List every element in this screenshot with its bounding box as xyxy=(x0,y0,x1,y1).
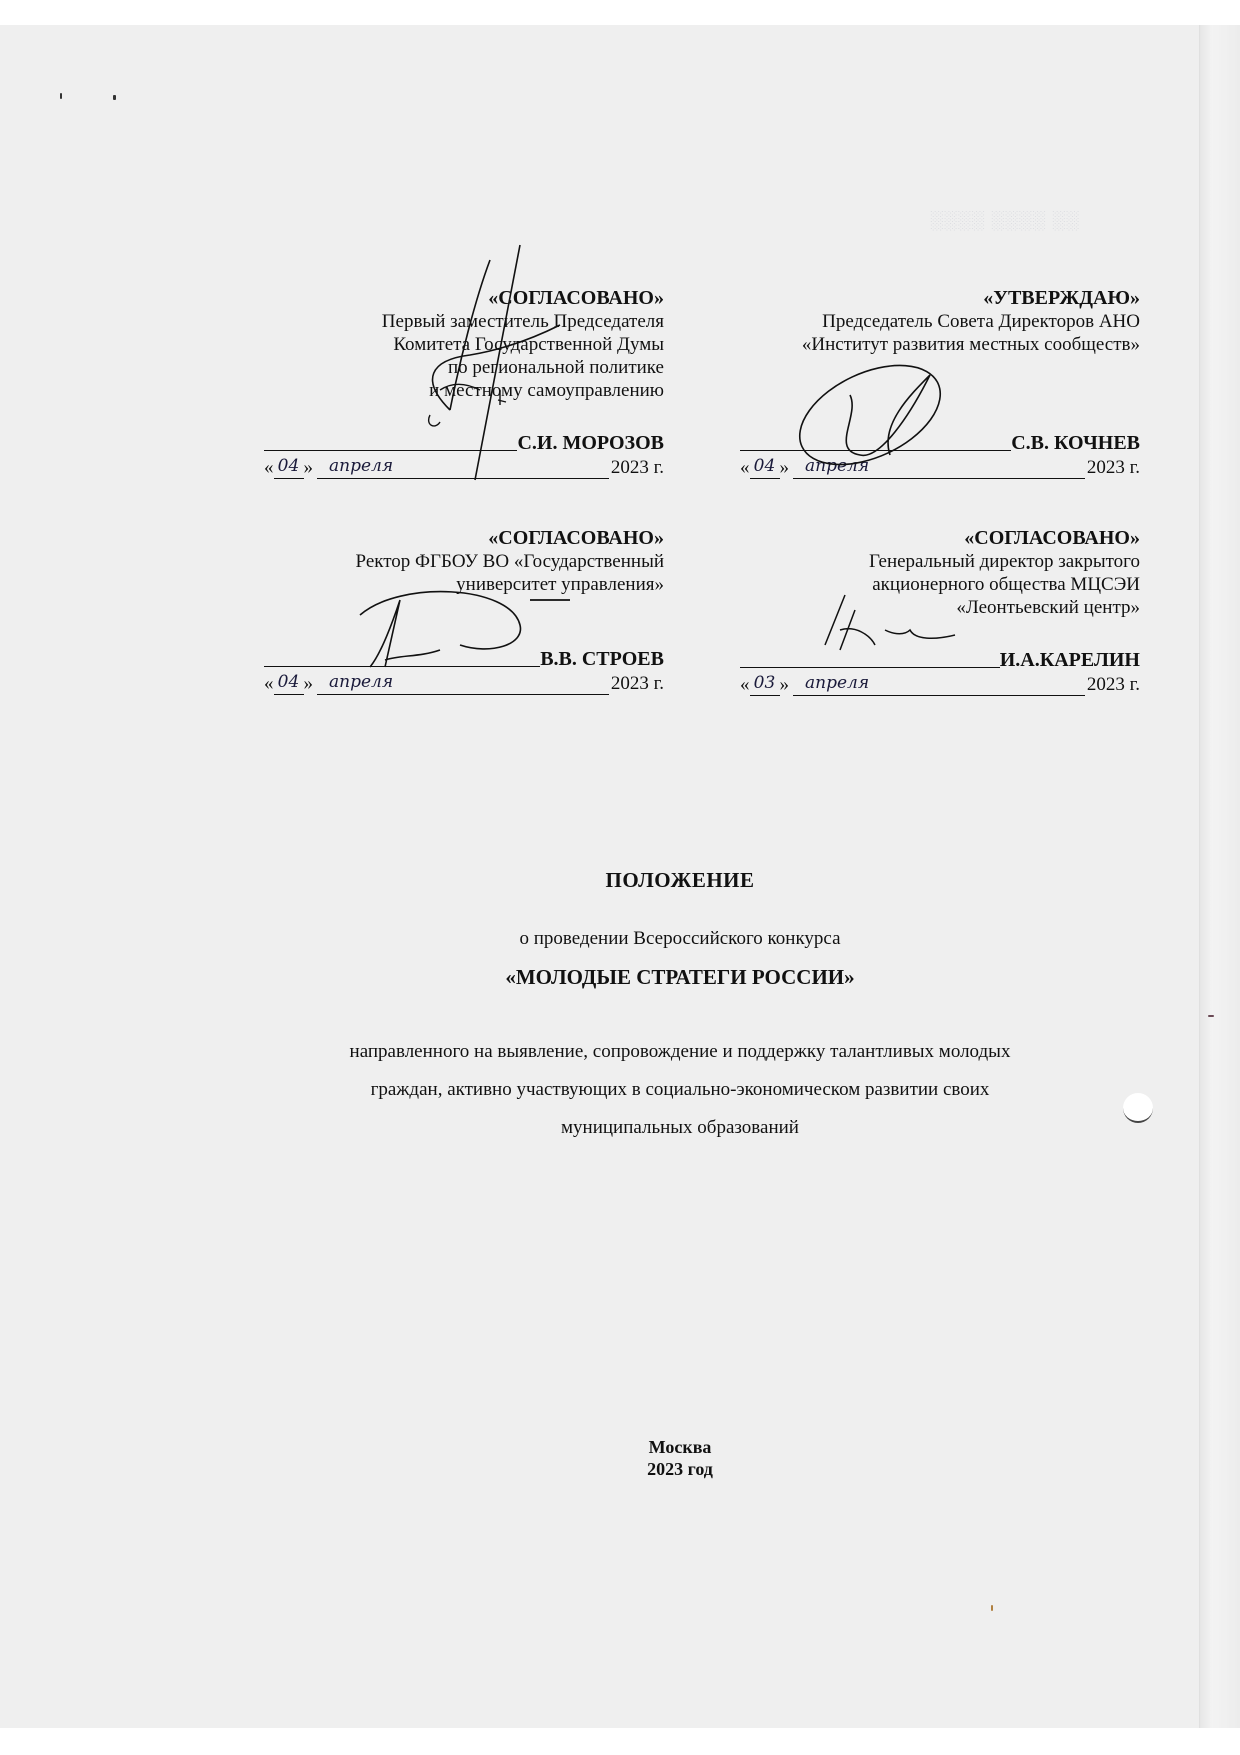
contest-name: «МОЛОДЫЕ СТРАТЕГИ РОССИИ» xyxy=(240,965,1120,990)
date-day: 04 xyxy=(750,455,780,479)
date-row: «04» апреля 2023 г. xyxy=(264,455,664,479)
page-edge-shadow xyxy=(1199,25,1240,1728)
date-day: 04 xyxy=(274,671,304,695)
approval-block-morozov: «СОГЛАСОВАНО» Первый заместитель Председ… xyxy=(264,287,664,479)
approval-block-stroev: «СОГЛАСОВАНО» Ректор ФГБОУ ВО «Государст… xyxy=(264,527,664,695)
role-line: и местному самоуправлению xyxy=(264,379,664,402)
signer-name: С.В. КОЧНЕВ xyxy=(1011,432,1140,455)
date-month: апреля xyxy=(793,455,1085,479)
approval-heading: «УТВЕРЖДАЮ» xyxy=(740,287,1140,310)
quote-open: « xyxy=(740,456,750,479)
role-line: университет управления» xyxy=(264,573,664,596)
bleed-through-stamp: ░░ ░░░░ ░░░░ xyxy=(930,210,1080,231)
role-line: по региональной политике xyxy=(264,356,664,379)
purpose-line: муниципальных образований xyxy=(240,1109,1120,1147)
scan-speck xyxy=(1208,1015,1214,1017)
scan-speck xyxy=(60,93,62,99)
signature-line xyxy=(264,665,540,667)
date-year: 2023 г. xyxy=(1087,673,1140,696)
punch-hole xyxy=(1123,1093,1153,1123)
quote-open: « xyxy=(264,456,274,479)
place-and-year: Москва 2023 год xyxy=(240,1436,1120,1480)
contest-purpose: направленного на выявление, сопровождени… xyxy=(240,1033,1120,1147)
signer-name: С.И. МОРОЗОВ xyxy=(517,432,664,455)
role-line: Ректор ФГБОУ ВО «Государственный xyxy=(264,550,664,573)
role-line: «Институт развития местных сообществ» xyxy=(740,333,1140,356)
date-year: 2023 г. xyxy=(611,456,664,479)
city: Москва xyxy=(240,1436,1120,1458)
signature-row: С.В. КОЧНЕВ xyxy=(740,432,1140,455)
quote-open: « xyxy=(740,673,750,696)
date-day: 03 xyxy=(750,672,780,696)
signer-name: В.В. СТРОЕВ xyxy=(540,648,664,671)
date-row: «03» апреля 2023 г. xyxy=(740,672,1140,696)
role-line: Генеральный директор закрытого xyxy=(740,550,1140,573)
signature-line xyxy=(740,666,1000,668)
date-row: «04» апреля 2023 г. xyxy=(740,455,1140,479)
role-line: «Леонтьевский центр» xyxy=(740,596,1140,619)
document-title: ПОЛОЖЕНИЕ xyxy=(240,868,1120,893)
approval-block-kochnev: «УТВЕРЖДАЮ» Председатель Совета Директор… xyxy=(740,287,1140,479)
quote-open: « xyxy=(264,672,274,695)
signer-name: И.А.КАРЕЛИН xyxy=(1000,649,1140,672)
date-year: 2023 г. xyxy=(1087,456,1140,479)
signature-row: С.И. МОРОЗОВ xyxy=(264,432,664,455)
date-year: 2023 г. xyxy=(611,672,664,695)
scan-speck xyxy=(113,95,116,100)
date-row: «04» апреля 2023 г. xyxy=(264,671,664,695)
approval-heading: «СОГЛАСОВАНО» xyxy=(740,527,1140,550)
scan-speck xyxy=(991,1605,993,1611)
quote-close: » xyxy=(780,456,790,479)
year: 2023 год xyxy=(240,1458,1120,1480)
purpose-line: граждан, активно участвующих в социально… xyxy=(240,1071,1120,1109)
approval-heading: «СОГЛАСОВАНО» xyxy=(264,527,664,550)
purpose-line: направленного на выявление, сопровождени… xyxy=(240,1033,1120,1071)
signature-row: В.В. СТРОЕВ xyxy=(264,648,664,671)
date-day: 04 xyxy=(274,455,304,479)
role-line: Председатель Совета Директоров АНО xyxy=(740,310,1140,333)
quote-close: » xyxy=(304,672,314,695)
role-line: Комитета Государственной Думы xyxy=(264,333,664,356)
signature-line xyxy=(264,449,517,451)
date-month: апреля xyxy=(317,455,609,479)
date-month: апреля xyxy=(793,672,1085,696)
signature-row: И.А.КАРЕЛИН xyxy=(740,649,1140,672)
approval-heading: «СОГЛАСОВАНО» xyxy=(264,287,664,310)
quote-close: » xyxy=(304,456,314,479)
role-line: акционерного общества МЦСЭИ xyxy=(740,573,1140,596)
document-subtitle: о проведении Всероссийского конкурса xyxy=(240,928,1120,950)
quote-close: » xyxy=(780,673,790,696)
signature-line xyxy=(740,449,1011,451)
approval-block-karelin: «СОГЛАСОВАНО» Генеральный директор закры… xyxy=(740,527,1140,696)
date-month: апреля xyxy=(317,671,609,695)
role-line: Первый заместитель Председателя xyxy=(264,310,664,333)
